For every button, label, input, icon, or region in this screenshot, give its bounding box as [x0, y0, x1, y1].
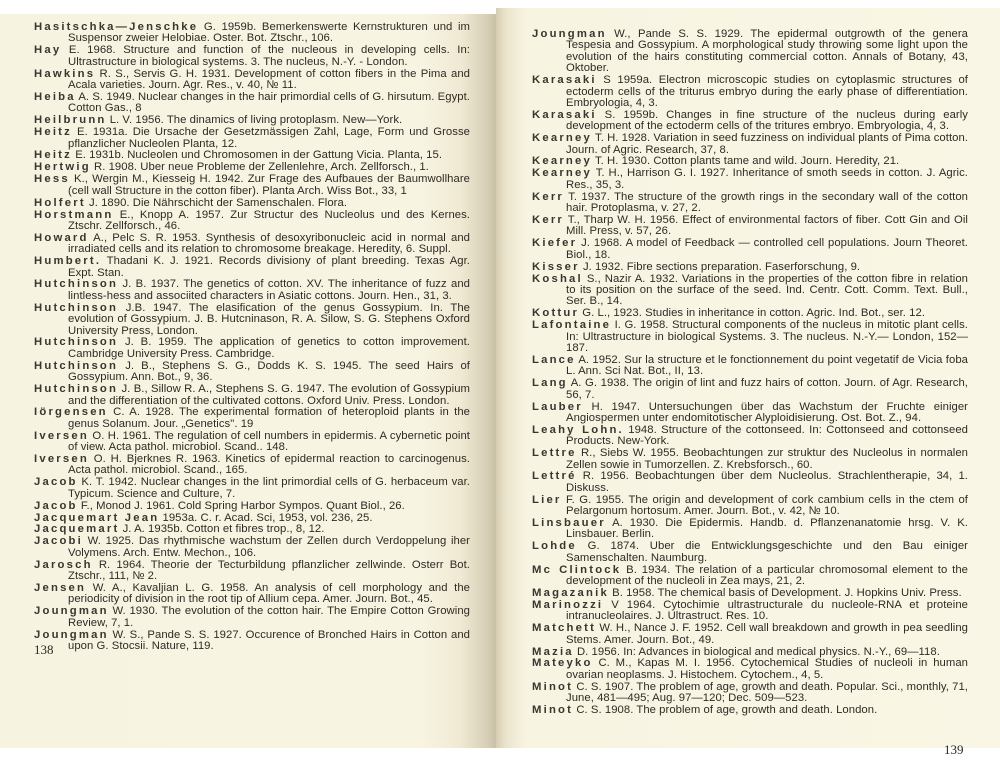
entry-citation: E. 1931a. Die Ursache der Gesetzmässigen…	[68, 126, 470, 149]
bibliography-entry: Heitz E. 1931a. Die Ursache der Gesetzmä…	[34, 127, 470, 150]
bibliography-entry: Lier F. G. 1955. The origin and developm…	[532, 495, 968, 518]
entry-citation: J. B. 1959. The application of genetics …	[68, 336, 470, 359]
entry-author: Kottur	[532, 307, 579, 319]
bibliography-entry: Iversen O. H. 1961. The regulation of ce…	[34, 431, 470, 454]
bibliography-entry: Kisser J. 1932. Fibre sections preparati…	[532, 262, 968, 273]
entry-author: Holfert	[34, 197, 86, 209]
entry-author: Heiba	[34, 91, 76, 103]
entry-author: Kerr	[532, 191, 564, 203]
entry-author: Mazia	[532, 646, 574, 658]
entry-citation: C. S. 1907. The problem of age, growth a…	[566, 681, 968, 704]
bibliography-entry: Marinozzi V 1964. Cytochimie ultrastruct…	[532, 600, 968, 623]
entry-author: Iversen	[34, 453, 89, 465]
entry-author: Magazanik	[532, 587, 609, 599]
entry-author: Koshal	[532, 273, 583, 285]
entry-citation: R. 1964. Theorie der Tecturbildung pflan…	[68, 559, 470, 582]
entry-citation: T. H., Harrison G. I. 1927. Inheritance …	[566, 167, 968, 190]
entry-author: Hay	[34, 44, 61, 56]
entry-citation: S., Nazir A. 1932. Variations in the pro…	[566, 273, 968, 308]
right-page: Joungman W., Pande S. S. 1929. The epide…	[496, 0, 1000, 762]
entry-citation: A., Pelc S. R. 1953. Synthesis of desoxy…	[68, 232, 470, 255]
bibliography-entry: Joungman W. S., Pande S. S. 1927. Occure…	[34, 630, 470, 653]
bibliography-entry: Heiba A. S. 1949. Nuclear changes in the…	[34, 92, 470, 115]
entry-citation: L. V. 1956. The dinamics of living proto…	[107, 114, 403, 126]
entry-citation: I. G. 1958. Structural components of the…	[566, 319, 968, 354]
entry-author: Lettré	[532, 470, 577, 482]
entry-citation: O. H. Bjerknes R. 1963. Kinetics of epid…	[68, 453, 470, 476]
entry-author: Hutchinson	[34, 278, 118, 290]
bibliography-entry: Hertwig R. 1908. Uber neue Probleme der …	[34, 162, 470, 173]
entry-citation: D. 1956. In: Advances in biological and …	[574, 646, 940, 658]
book-spread: Hasitschka—Jenschke G. 1959b. Bemerkensw…	[0, 0, 1000, 762]
entry-author: Matchett	[532, 622, 596, 634]
bibliography-entry: Lauber H. 1947. Untersuchungen über das …	[532, 402, 968, 425]
entry-citation: O. H. 1961. The regulation of cell numbe…	[68, 430, 470, 453]
entry-author: Karasaki	[532, 74, 597, 86]
entry-citation: T. H. 1930. Cotton plants tame and wild.…	[592, 155, 899, 167]
entry-citation: T. 1937. The structure of the growth rin…	[564, 191, 968, 214]
entry-author: Howard	[34, 232, 89, 244]
bibliography-entry: Jarosch R. 1964. Theorie der Tecturbildu…	[34, 560, 470, 583]
entry-author: Joungman	[34, 629, 109, 641]
entry-citation: E., Knopp A. 1957. Zur Structur des Nucl…	[68, 209, 470, 232]
entry-author: Lang	[532, 377, 568, 389]
entry-author: Jacquemart	[34, 523, 119, 535]
bibliography-entry: Jacob F., Monod J. 1961. Cold Spring Har…	[34, 501, 470, 512]
entry-author: Hutchinson	[34, 302, 118, 314]
bibliography-entry: Horstmann E., Knopp A. 1957. Zur Structu…	[34, 210, 470, 233]
bibliography-entry: Hess K., Wergin M., Kiesseig H. 1942. Zu…	[34, 174, 470, 197]
entry-citation: C. S. 1908. The problem of age, growth a…	[573, 704, 877, 716]
bibliography-entry: Hasitschka—Jenschke G. 1959b. Bemerkensw…	[34, 22, 470, 45]
bibliography-entry: Lance A. 1952. Sur la structure et le fo…	[532, 355, 968, 378]
bibliography-entry: Jacob K. T. 1942. Nuclear changes in the…	[34, 477, 470, 500]
entry-citation: J. A. 1935b. Cotton et fibres trop., 8, …	[119, 523, 324, 535]
entry-author: Heilbrunn	[34, 114, 107, 126]
page-number: 138	[34, 642, 54, 658]
bibliography-entry: Joungman W., Pande S. S. 1929. The epide…	[532, 29, 968, 75]
entry-author: Kisser	[532, 261, 580, 273]
entry-citation: W. A., Kavaljian L. G. 1958. An analysis…	[68, 582, 470, 605]
entry-citation: F. G. 1955. The origin and development o…	[562, 494, 968, 517]
entry-author: Linsbauer	[532, 517, 606, 529]
bibliography-entry: Linsbauer A. 1930. Die Epidermis. Handb.…	[532, 518, 968, 541]
bibliography-entry: Leahy Lohn. 1948. Structure of the cotto…	[532, 425, 968, 448]
entry-author: Hawkins	[34, 68, 95, 80]
bibliography-entry: Lettré R. 1956. Beobachtungen über dem N…	[532, 471, 968, 494]
bibliography-entry: Hutchinson J.B. 1947. The elasification …	[34, 303, 470, 337]
entry-author: Iörgensen	[34, 406, 108, 418]
entry-author: Kiefer	[532, 237, 577, 249]
entry-author: Hertwig	[34, 161, 91, 173]
entry-citation: R. S., Servis G. H. 1931. Development of…	[68, 68, 470, 91]
entry-citation: G. 1874. Uber die Entwicklungsgeschichte…	[566, 540, 968, 563]
entry-author: Lohde	[532, 540, 577, 552]
bibliography-entry: Lohde G. 1874. Uber die Entwicklungsgesc…	[532, 541, 968, 564]
entry-citation: A. 1952. Sur la structure et le fonction…	[566, 354, 968, 377]
bibliography-entry: Kerr T., Tharp W. H. 1956. Effect of env…	[532, 215, 968, 238]
entry-citation: E. 1931b. Nucleolen und Chromosomen in d…	[72, 149, 442, 161]
left-page: Hasitschka—Jenschke G. 1959b. Bemerkensw…	[0, 0, 496, 762]
bibliography-entry: Jacquemart Jean 1953a. C. r. Acad. Sci, …	[34, 513, 470, 524]
entry-citation: J. B. 1937. The genetics of cotton. XV. …	[68, 278, 470, 301]
entry-author: Lettre	[532, 447, 577, 459]
entry-citation: C. M., Kapas M. I. 1956. Cytochemical St…	[566, 657, 968, 680]
entry-author: Iversen	[34, 430, 89, 442]
entry-citation: R. 1908. Uber neue Probleme der Zellenle…	[91, 161, 429, 173]
bibliography-entry: Karasaki S 1959a. Electron microscopic s…	[532, 75, 968, 109]
entry-citation: J. 1968. A model of Feedback — controlle…	[566, 237, 968, 260]
entry-author: Mateyko	[532, 657, 593, 669]
entry-author: Jacobi	[34, 535, 83, 547]
bibliography-list: Hasitschka—Jenschke G. 1959b. Bemerkensw…	[34, 22, 470, 653]
entry-author: Minot	[532, 681, 573, 693]
entry-author: Lance	[532, 354, 576, 366]
entry-author: Leahy Lohn.	[532, 424, 624, 436]
entry-citation: B. 1934. The relation of a particular ch…	[566, 564, 968, 587]
entry-author: Lafontaine	[532, 319, 611, 331]
bibliography-entry: Joungman W. 1930. The evolution of the c…	[34, 606, 470, 629]
entry-citation: S 1959a. Electron microscopic studies on…	[566, 74, 968, 109]
bibliography-entry: Minot C. S. 1908. The problem of age, gr…	[532, 705, 968, 716]
entry-citation: J. 1932. Fibre sections preparation. Fas…	[580, 261, 860, 273]
entry-citation: H. 1947. Untersuchungen über das Wachstu…	[566, 401, 968, 424]
entry-author: Heitz	[34, 149, 72, 161]
entry-author: Karasaki	[532, 109, 597, 121]
entry-author: Jacob	[34, 476, 78, 488]
entry-citation: A. S. 1949. Nuclear changes in the hair …	[68, 91, 470, 114]
entry-citation: B. 1958. The chemical basis of Developme…	[609, 587, 962, 599]
entry-citation: G. L., 1923. Studies in inheritance in c…	[579, 307, 925, 319]
bibliography-entry: Iversen O. H. Bjerknes R. 1963. Kinetics…	[34, 454, 470, 477]
entry-citation: W. 1925. Das rhythmische wachstum der Ze…	[68, 535, 470, 558]
entry-citation: C. A. 1928. The experimental formation o…	[68, 406, 470, 429]
entry-citation: W. 1930. The evolution of the cotton hai…	[68, 605, 470, 628]
entry-citation: A. G. 1938. The origin of lint and fuzz …	[566, 377, 968, 400]
bibliography-entry: Hutchinson J. B., Stephens S. G., Dodds …	[34, 361, 470, 384]
entry-author: Joungman	[532, 28, 607, 40]
bibliography-entry: Howard A., Pelc S. R. 1953. Synthesis of…	[34, 233, 470, 256]
bibliography-entry: Heitz E. 1931b. Nucleolen und Chromosome…	[34, 150, 470, 161]
entry-author: Hutchinson	[34, 383, 118, 395]
entry-author: Horstmann	[34, 209, 113, 221]
entry-author: Kearney	[532, 132, 592, 144]
entry-author: Lier	[532, 494, 562, 506]
bibliography-entry: Mazia D. 1956. In: Advances in biologica…	[532, 647, 968, 658]
bibliography-entry: Jacquemart J. A. 1935b. Cotton et fibres…	[34, 524, 470, 535]
bibliography-entry: Kearney T. H. 1928. Variation in seed fu…	[532, 133, 968, 156]
entry-author: Hutchinson	[34, 360, 118, 372]
bibliography-entry: Mateyko C. M., Kapas M. I. 1956. Cytoche…	[532, 658, 968, 681]
entry-citation: Thadani K. J. 1921. Records divisiony of…	[68, 255, 470, 278]
bibliography-entry: Hutchinson J. B., Sillow R. A., Stephens…	[34, 384, 470, 407]
bibliography-entry: Magazanik B. 1958. The chemical basis of…	[532, 588, 968, 599]
bibliography-entry: Heilbrunn L. V. 1956. The dinamics of li…	[34, 115, 470, 126]
bibliography-entry: Karasaki S. 1959b. Changes in fine struc…	[532, 110, 968, 133]
entry-author: Minot	[532, 704, 573, 716]
entry-citation: R., Siebs W. 1955. Beobachtungen zur str…	[566, 447, 968, 470]
entry-author: Jacquemart Jean	[34, 512, 159, 524]
bibliography-entry: Minot C. S. 1907. The problem of age, gr…	[532, 682, 968, 705]
bibliography-entry: Hutchinson J. B. 1959. The application o…	[34, 337, 470, 360]
bibliography-entry: Kiefer J. 1968. A model of Feedback — co…	[532, 238, 968, 261]
entry-author: Jensen	[34, 582, 86, 594]
bibliography-entry: Mc Clintock B. 1934. The relation of a p…	[532, 565, 968, 588]
bibliography-entry: Kearney T. H., Harrison G. I. 1927. Inhe…	[532, 168, 968, 191]
entry-author: Jarosch	[34, 559, 93, 571]
bibliography-entry: Koshal S., Nazir A. 1932. Variations in …	[532, 274, 968, 308]
entry-author: Hasitschka—Jenschke	[34, 21, 198, 33]
entry-citation: K. T. 1942. Nuclear changes in the lint …	[68, 476, 470, 499]
entry-citation: J. 1890. Die Nährschicht der Samenschale…	[86, 197, 347, 209]
entry-author: Joungman	[34, 605, 109, 617]
bibliography-entry: Kottur G. L., 1923. Studies in inheritan…	[532, 308, 968, 319]
entry-citation: W., Pande S. S. 1929. The epidermal outg…	[566, 28, 968, 74]
bibliography-list: Joungman W., Pande S. S. 1929. The epide…	[532, 29, 968, 717]
entry-author: Jacob	[34, 500, 78, 512]
entry-author: Heitz	[34, 126, 72, 138]
bibliography-entry: Kearney T. H. 1930. Cotton plants tame a…	[532, 156, 968, 167]
entry-citation: E. 1968. Structure and function of the n…	[61, 44, 470, 67]
entry-author: Humbert.	[34, 255, 101, 267]
entry-author: Marinozzi	[532, 599, 603, 611]
bibliography-entry: Hutchinson J. B. 1937. The genetics of c…	[34, 279, 470, 302]
bibliography-entry: Hay E. 1968. Structure and function of t…	[34, 45, 470, 68]
bibliography-entry: Iörgensen C. A. 1928. The experimental f…	[34, 407, 470, 430]
entry-citation: J. B., Sillow R. A., Stephens S. G. 1947…	[68, 383, 470, 406]
entry-citation: J.B. 1947. The elasification of the genu…	[68, 302, 470, 337]
entry-citation: J. B., Stephens S. G., Dodds K. S. 1945.…	[68, 360, 470, 383]
bibliography-entry: Holfert J. 1890. Die Nährschicht der Sam…	[34, 198, 470, 209]
entry-citation: F., Monod J. 1961. Cold Spring Harbor Sy…	[78, 500, 405, 512]
bibliography-entry: Kerr T. 1937. The structure of the growt…	[532, 192, 968, 215]
bibliography-entry: Matchett W. H., Nance J. F. 1952. Cell w…	[532, 623, 968, 646]
bibliography-entry: Lafontaine I. G. 1958. Structural compon…	[532, 320, 968, 354]
entry-citation: W. H., Nance J. F. 1952. Cell wall break…	[566, 622, 968, 645]
entry-author: Hess	[34, 173, 70, 185]
entry-author: Mc Clintock	[532, 564, 621, 576]
bibliography-entry: Hawkins R. S., Servis G. H. 1931. Develo…	[34, 69, 470, 92]
entry-author: Lauber	[532, 401, 583, 413]
bibliography-entry: Jacobi W. 1925. Das rhythmische wachstum…	[34, 536, 470, 559]
page-number: 139	[944, 742, 964, 758]
entry-citation: R. 1956. Beobachtungen über dem Nucleolu…	[566, 470, 968, 493]
entry-citation: T., Tharp W. H. 1956. Effect of environm…	[564, 214, 968, 237]
entry-author: Hutchinson	[34, 336, 118, 348]
entry-author: Kearney	[532, 155, 592, 167]
bibliography-entry: Jensen W. A., Kavaljian L. G. 1958. An a…	[34, 583, 470, 606]
bibliography-entry: Lang A. G. 1938. The origin of lint and …	[532, 378, 968, 401]
entry-citation: W. S., Pande S. S. 1927. Occurence of Br…	[68, 629, 470, 652]
entry-author: Kerr	[532, 214, 564, 226]
entry-citation: 1953a. C. r. Acad. Sci, 1953, vol. 236, …	[159, 512, 372, 524]
bibliography-entry: Lettre R., Siebs W. 1955. Beobachtungen …	[532, 448, 968, 471]
entry-citation: 1948. Structure of the cottonseed. In: C…	[566, 424, 968, 447]
entry-citation: S. 1959b. Changes in fine structure of t…	[566, 109, 968, 132]
entry-citation: T. H. 1928. Variation in seed fuzziness …	[566, 132, 968, 155]
entry-citation: K., Wergin M., Kiesseig H. 1942. Zur Fra…	[68, 173, 470, 196]
bibliography-entry: Humbert. Thadani K. J. 1921. Records div…	[34, 256, 470, 279]
entry-author: Kearney	[532, 167, 592, 179]
entry-citation: A. 1930. Die Epidermis. Handb. d. Pflanz…	[566, 517, 968, 540]
entry-citation: V 1964. Cytochimie ultrastructurale du n…	[566, 599, 968, 622]
